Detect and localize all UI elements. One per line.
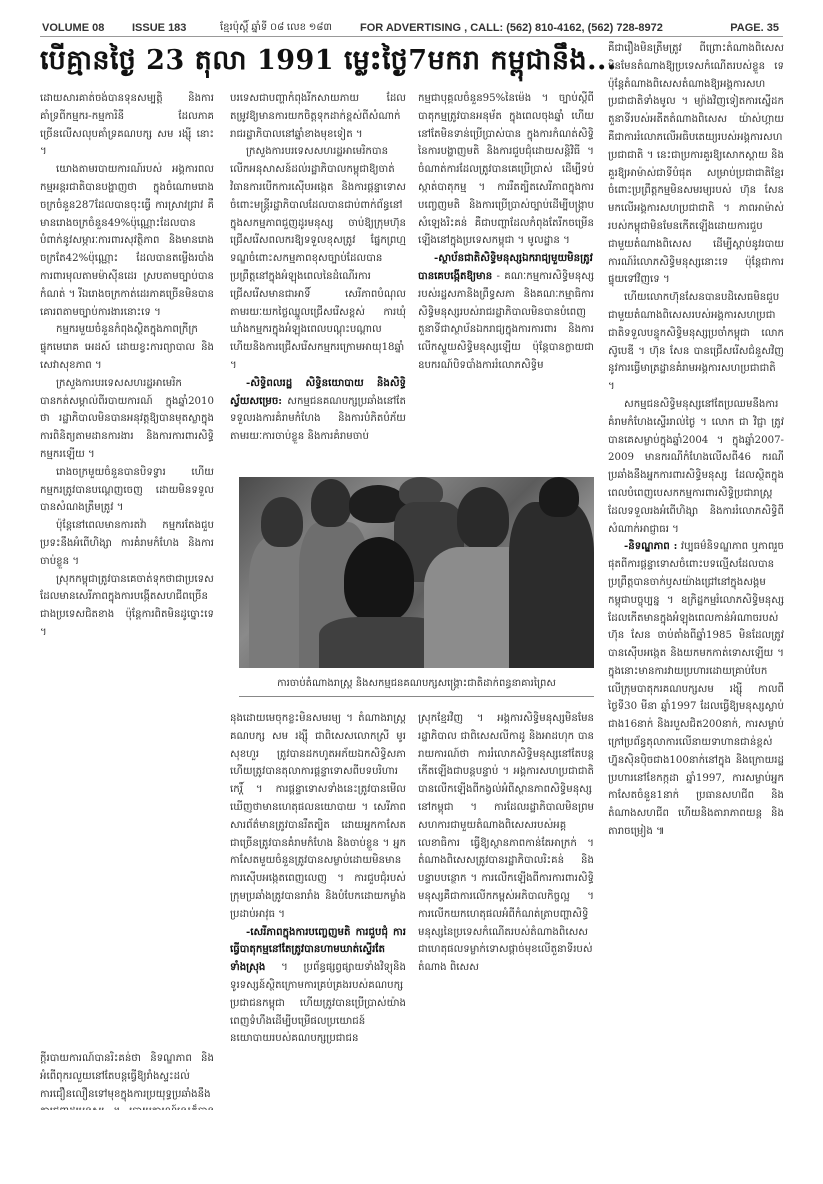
advertising-contact: FOR ADVERTISING , CALL: (562) 810-4162, … — [360, 22, 663, 34]
column-1: ដោយសារគាត់ចង់បានទុនសម្បត្តិ និងការគាំទ្រ… — [40, 90, 214, 1050]
column-1-bottom: ក្តីរបាយការណ៍បានរិះគន់ថា និទណ្ឌភាព និងអំ… — [40, 1050, 214, 1110]
paragraph: សកម្មជនសិទ្ធិមនុស្សនៅតែប្រឈមនឹងការគំរាមក… — [608, 396, 784, 538]
column-2-bottom: នុងដោយមេចុកខ្លះមិនសមរម្យ ។ តំណាងរាស្ត្រគ… — [230, 710, 406, 1110]
paragraph: - គណៈកម្មការសិទ្ធិមនុស្សរបស់រដ្ឋសភានិងព្… — [418, 271, 594, 371]
paragraph: ស្រុកខ្មែរវិញ ។ អង្គការសិទ្ធិមនុស្សមិនមែ… — [418, 710, 594, 977]
masthead: VOLUME 08 ISSUE 183 ខ្មែរប៉ុស្តិ៍ ឆ្នាំទ… — [40, 19, 783, 37]
paragraph: កម្មករមួយចំនួនកំពុងស្ថិតក្នុងភាពក្រីក្រ … — [40, 321, 214, 374]
column-3-top: កម្មជាបុគ្គលចំនួន95%នៃម៉េង ។ ច្បាប់ស្តីព… — [418, 90, 594, 474]
paragraph: វប្បធម៌និទណ្ឌភាព ឬភាពរួចផុតពីការផ្តន្ទាទ… — [608, 541, 784, 837]
paragraph: ស្រុកកម្ពុជាត្រូវបានគេចាត់ទុកថាជាប្រទេសដ… — [40, 571, 214, 642]
paragraph: ហើយលោកហ៊ុនសែនបានបដិសេធមិនជួបជាមួយតំណាងពិ… — [608, 289, 784, 396]
photo-caption: ការចាប់តំណាងរាស្ត្រ និងសកម្មជនគណបក្សសង្គ… — [239, 676, 594, 697]
paragraph: ក្តីរបាយការណ៍បានរិះគន់ថា និទណ្ឌភាព និងអំ… — [40, 1050, 214, 1110]
page-number: PAGE. 35 — [730, 22, 779, 34]
column-4: គឺជារឿងមិនត្រឹមត្រូវ ពីព្រោះតំណាងពិសេសមិ… — [608, 40, 784, 1110]
paragraph: គឺជារឿងមិនត្រឹមត្រូវ ពីព្រោះតំណាងពិសេសមិ… — [608, 40, 784, 289]
paragraph: នុងដោយមេចុកខ្លះមិនសមរម្យ ។ តំណាងរាស្ត្រគ… — [230, 710, 406, 924]
paragraph: ក្រសួងការបរទេសសហរដ្ឋអាមេរិកបានកត់សម្គាល់… — [40, 375, 214, 464]
paragraph: យោងតាមរបាយការណ៍របស់ អង្គការពលកម្មអន្តរជា… — [40, 161, 214, 321]
paragraph: ក្រសួងការបរទេសសហរដ្ឋអាមេរិកបានលើកអនុសាសន… — [230, 143, 406, 374]
news-photo — [239, 477, 594, 668]
volume-label: VOLUME 08 — [42, 22, 104, 34]
column-2-top: បរទេសជាបញ្ហាកំពុងរីកសាយភាយ ដែលតម្រូវឱ្យម… — [230, 90, 406, 474]
paragraph: ប៉ុន្តែនៅពេលមានការតវ៉ា កម្មករតែងជួបប្រទះ… — [40, 517, 214, 570]
khmer-issue-label: ខ្មែរប៉ុស្តិ៍ ឆ្នាំទី ០៨ លេខ ១៨៣ — [220, 20, 332, 35]
article-headline: បើគ្មានថ្ងៃ 23 តុលា 1991 ម្លេះថ្ងៃ7មករា … — [40, 44, 580, 84]
paragraph: បរទេសជាបញ្ហាកំពុងរីកសាយភាយ ដែលតម្រូវឱ្យម… — [230, 90, 406, 143]
subheading: -និទណ្ឌភាព : — [624, 540, 677, 552]
issue-label: ISSUE 183 — [132, 22, 186, 34]
paragraph: កម្មជាបុគ្គលចំនួន95%នៃម៉េង ។ ច្បាប់ស្តីព… — [418, 90, 594, 250]
paragraph: រោងចក្រមួយចំនួនបានបិទទ្វារ ហើយកម្មករត្រូ… — [40, 464, 214, 517]
paragraph: ។ ប្រព័ន្ធផ្សព្វផ្សាយទាំងវិទ្យុនិងទូរទស្… — [230, 962, 406, 1044]
paragraph: ដោយសារគាត់ចង់បានទុនសម្បត្តិ និងការគាំទ្រ… — [40, 90, 214, 161]
column-3-bottom: ស្រុកខ្មែរវិញ ។ អង្គការសិទ្ធិមនុស្សមិនមែ… — [418, 710, 594, 1110]
